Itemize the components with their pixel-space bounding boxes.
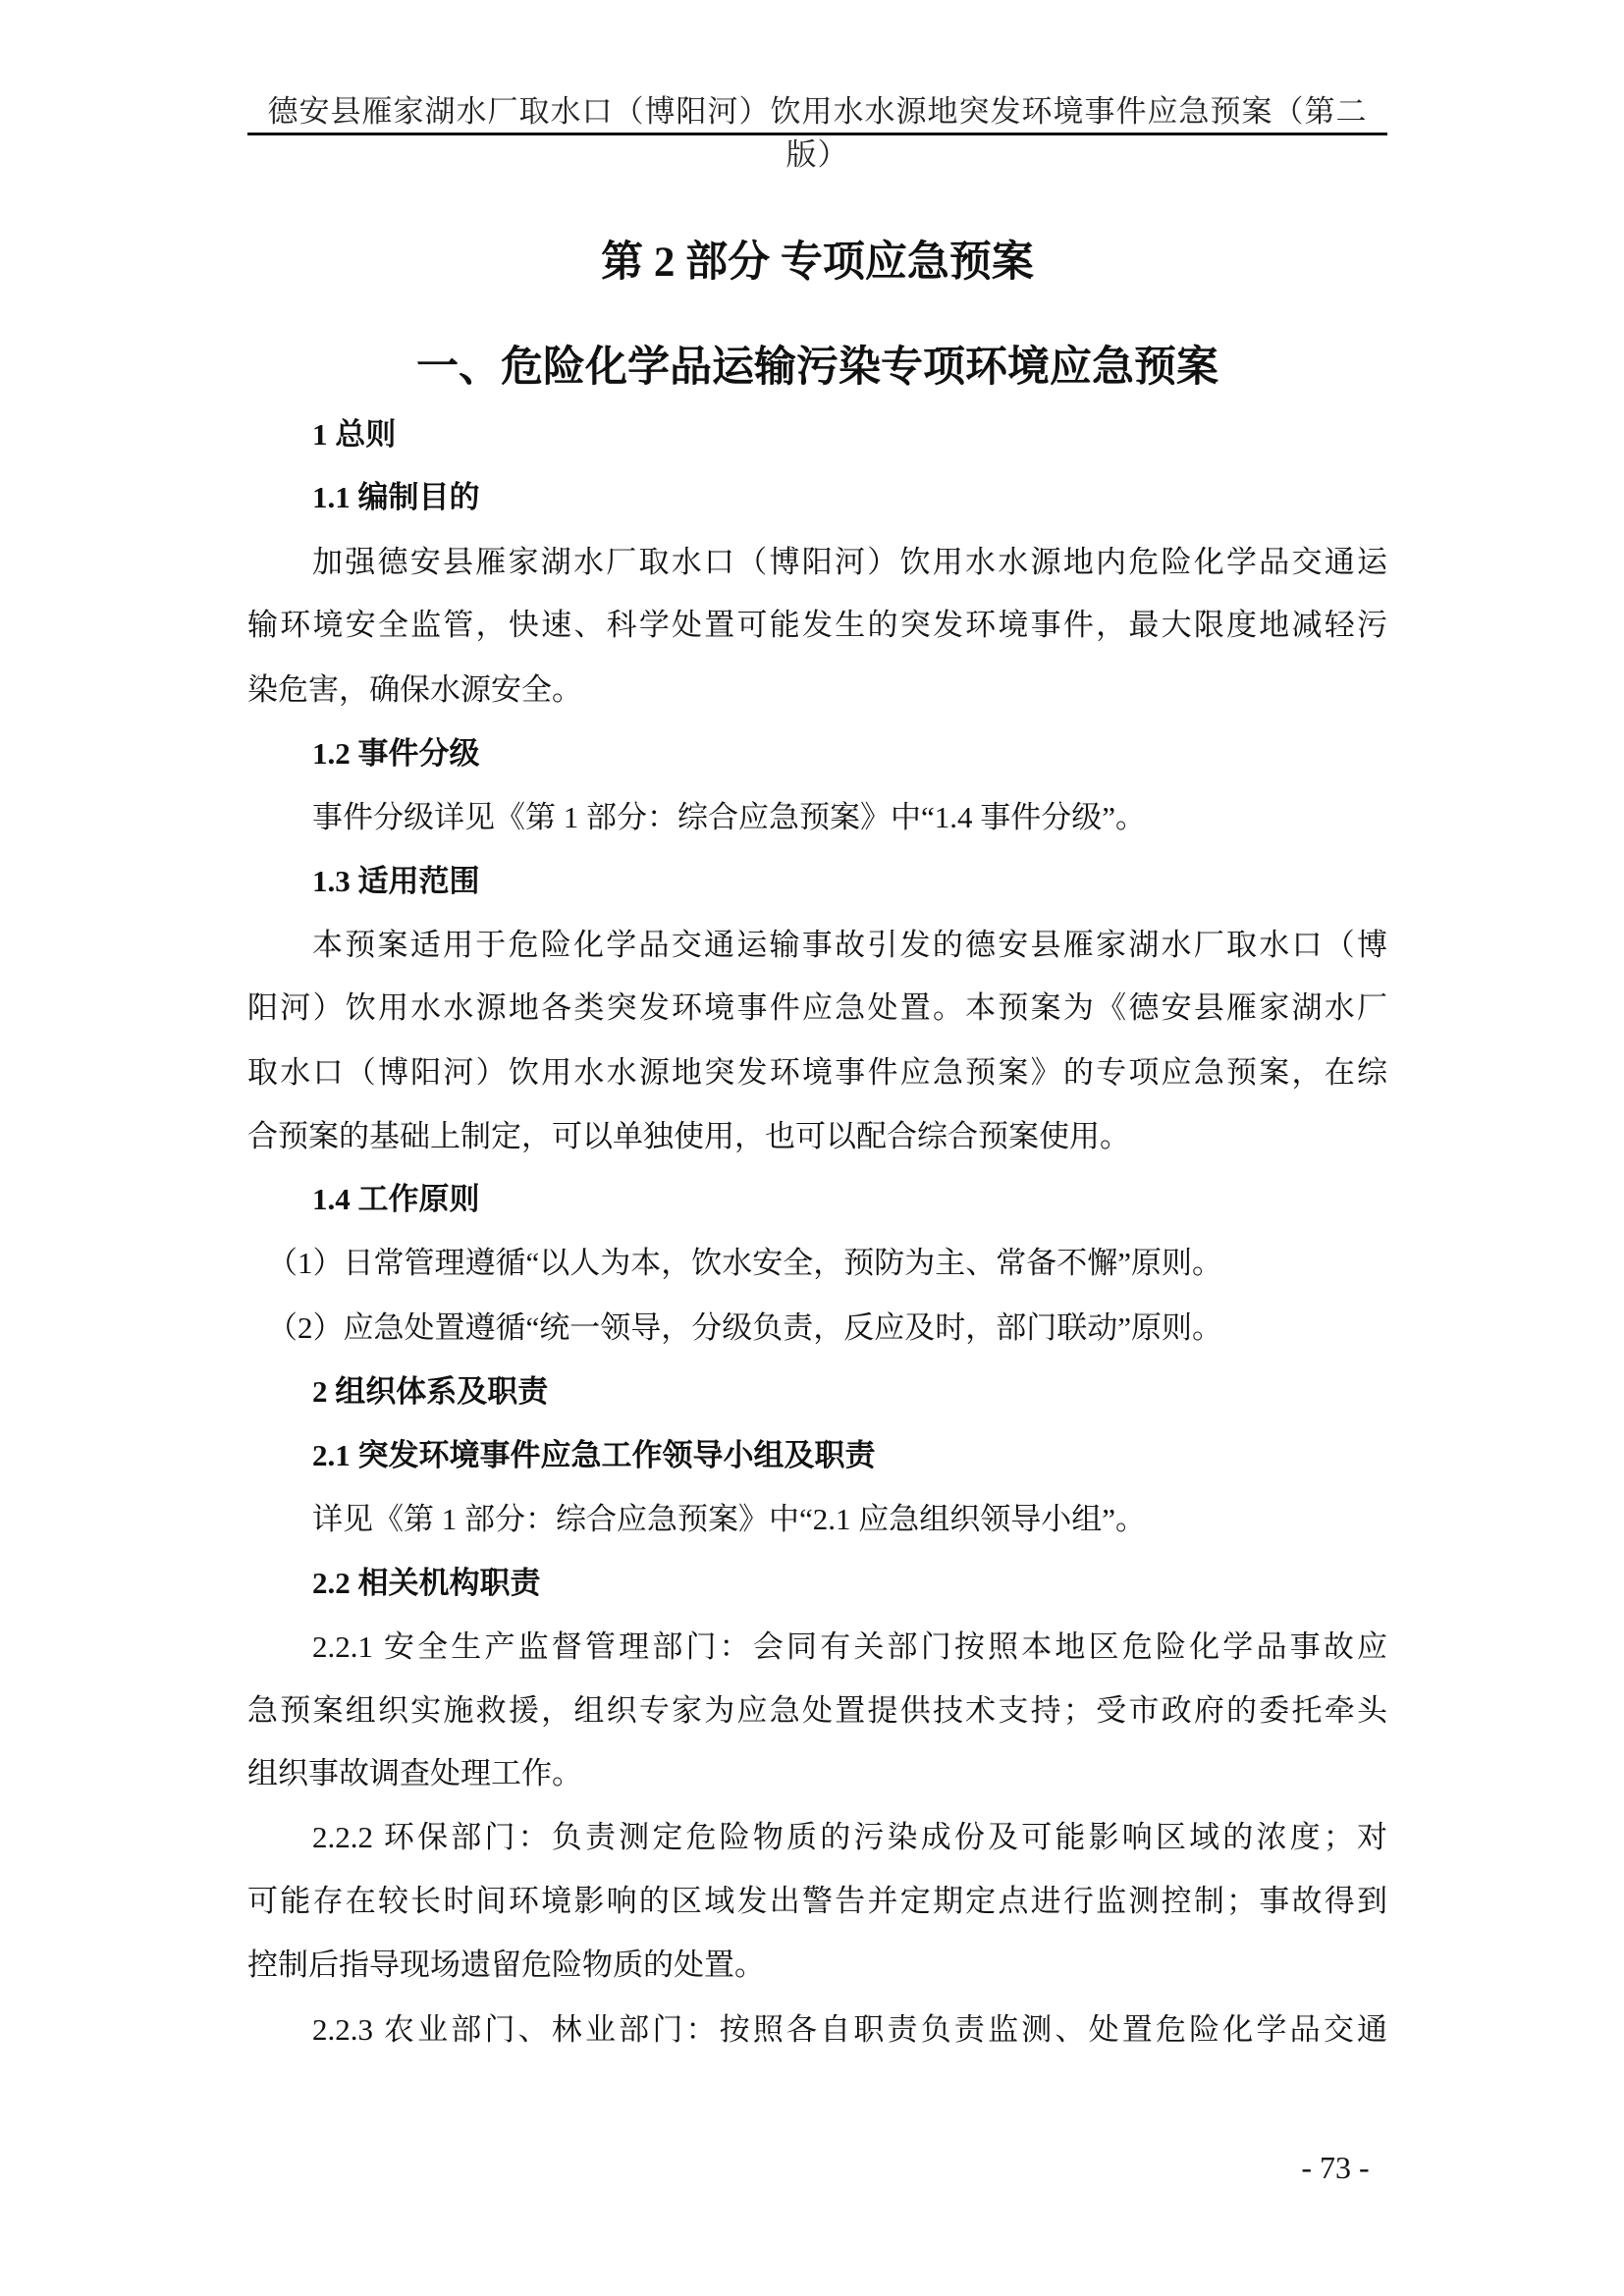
paragraph-line: 本预案适用于危险化学品交通运输事故引发的德安县雁家湖水厂取水口（博 (247, 924, 1387, 967)
paragraph-line: 阳河）饮用水水源地各类突发环境事件应急处置。本预案为《德安县雁家湖水厂 (247, 987, 1387, 1030)
section-heading-1: 1 总则 (247, 413, 1387, 456)
paragraph-line: 可能存在较长时间环境影响的区域发出警告并定期定点进行监测控制；事故得到 (247, 1880, 1387, 1923)
paragraph-line: 控制后指导现场遗留危险物质的处置。 (247, 1944, 1387, 1987)
paragraph-line: 2.2.3 农业部门、林业部门：按照各自职责负责监测、处置危险化学品交通 (247, 2008, 1387, 2052)
paragraph-line: 详见《第 1 部分：综合应急预案》中“2.1 应急组织领导小组”。 (247, 1498, 1387, 1541)
paragraph-line: 取水口（博阳河）饮用水水源地突发环境事件应急预案》的专项应急预案，在综 (247, 1051, 1387, 1095)
paragraph-line: 输环境安全监管，快速、科学处置可能发生的突发环境事件，最大限度地减轻污 (247, 604, 1387, 647)
paragraph-line: 2.2.1 安全生产监督管理部门：会同有关部门按照本地区危险化学品事故应 (247, 1626, 1387, 1669)
paragraph-line: 染危害，确保水源安全。 (247, 668, 1387, 712)
header-rule (247, 133, 1387, 135)
paragraph-line: 事件分级详见《第 1 部分：综合应急预案》中“1.4 事件分级”。 (247, 796, 1387, 839)
principle-item-1: （1）日常管理遵循“以人为本，饮水安全，预防为主、常备不懈”原则。 (267, 1242, 1407, 1285)
chapter-title: 一、危险化学品运输污染专项环境应急预案 (247, 337, 1387, 400)
section-heading-1-3: 1.3 适用范围 (247, 860, 1387, 903)
paragraph-line: 加强德安县雁家湖水厂取水口（博阳河）饮用水水源地内危险化学品交通运 (247, 541, 1387, 584)
section-heading-2-1: 2.1 突发环境事件应急工作领导小组及职责 (247, 1434, 1387, 1477)
section-heading-1-1: 1.1 编制目的 (247, 476, 1387, 519)
page-number: - 73 - (1276, 2146, 1394, 2189)
section-heading-1-2: 1.2 事件分级 (247, 732, 1387, 775)
paragraph-line: 2.2.2 环保部门：负责测定危险物质的污染成份及可能影响区域的浓度；对 (247, 1816, 1387, 1859)
paragraph-line: 组织事故调查处理工作。 (247, 1752, 1387, 1795)
section-heading-2: 2 组织体系及职责 (247, 1370, 1387, 1414)
part-title: 第 2 部分 专项应急预案 (247, 234, 1387, 293)
paragraph-line: 合预案的基础上制定，可以单独使用，也可以配合综合预案使用。 (247, 1115, 1387, 1158)
principle-item-2: （2）应急处置遵循“统一领导，分级负责，反应及时，部门联动”原则。 (267, 1307, 1407, 1350)
section-heading-2-2: 2.2 相关机构职责 (247, 1562, 1387, 1605)
section-heading-1-4: 1.4 工作原则 (247, 1178, 1387, 1221)
paragraph-line: 急预案组织实施救援，组织专家为应急处置提供技术支持；受市政府的委托牵头 (247, 1689, 1387, 1733)
